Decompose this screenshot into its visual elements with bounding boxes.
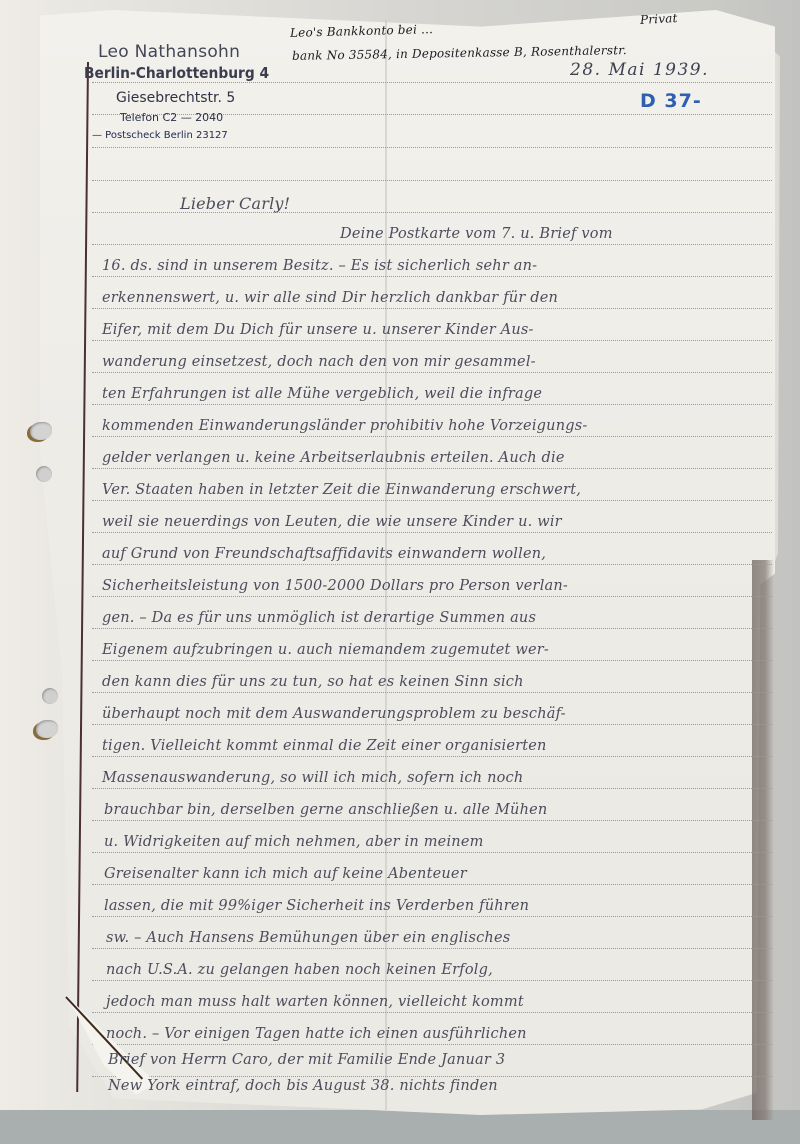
- ruled-line: [92, 180, 772, 181]
- letterhead-phone: Telefon C2 — 2040: [120, 112, 223, 123]
- body-line: Deine Postkarte vom 7. u. Brief vom: [340, 226, 613, 242]
- body-line: den kann dies für uns zu tun, so hat es …: [102, 674, 524, 690]
- ruled-line: [92, 404, 772, 405]
- letterhead-city: Berlin-Charlottenburg 4: [84, 66, 269, 81]
- body-line: nach U.S.A. zu gelangen haben noch keine…: [106, 962, 493, 978]
- ruled-line: [92, 724, 772, 725]
- ruled-line: [92, 308, 772, 309]
- body-line: Greisenalter kann ich mich auf keine Abe…: [104, 866, 467, 882]
- punch-hole: [42, 688, 58, 704]
- ruled-line: [92, 884, 772, 885]
- ruled-line: [92, 244, 772, 245]
- ruled-line: [92, 916, 772, 917]
- body-line: Brief von Herrn Caro, der mit Familie En…: [108, 1052, 505, 1068]
- ruled-line: [92, 436, 772, 437]
- ruled-line: [92, 340, 772, 341]
- salutation: Lieber Carly!: [180, 194, 290, 213]
- body-line: wanderung einsetzest, doch nach den von …: [102, 354, 536, 370]
- body-line: gelder verlangen u. keine Arbeitserlaubn…: [102, 450, 565, 466]
- body-line: u. Widrigkeiten auf mich nehmen, aber in…: [104, 834, 484, 850]
- body-line: Eigenem aufzubringen u. auch niemandem z…: [102, 642, 549, 658]
- body-line: New York eintraf, doch bis August 38. ni…: [108, 1078, 498, 1094]
- ruled-line: [92, 692, 772, 693]
- body-line: weil sie neuerdings von Leuten, die wie …: [102, 514, 562, 530]
- body-line: erkennenswert, u. wir alle sind Dir herz…: [102, 290, 558, 306]
- ruled-line: [92, 948, 772, 949]
- body-line: Massenauswanderung, so will ich mich, so…: [102, 770, 523, 786]
- ruled-line: [92, 1012, 772, 1013]
- body-line: gen. – Da es für uns unmöglich ist derar…: [102, 610, 536, 626]
- ruled-line: [92, 468, 772, 469]
- ruled-line: [92, 756, 772, 757]
- ruled-line: [92, 500, 772, 501]
- body-line: Eifer, mit dem Du Dich für unsere u. uns…: [102, 322, 534, 338]
- body-line: auf Grund von Freundschaftsaffidavits ei…: [102, 546, 546, 562]
- ruled-line: [92, 276, 772, 277]
- ruled-line: [92, 1076, 772, 1077]
- ruled-line: [92, 980, 772, 981]
- letterhead-postscheck: — Postscheck Berlin 23127: [92, 131, 228, 141]
- ruled-line: [92, 564, 772, 565]
- ruled-line: [92, 820, 772, 821]
- background-bottom-strip: [0, 1110, 800, 1144]
- body-line: lassen, die mit 99%iger Sicherheit ins V…: [104, 898, 529, 914]
- body-line: ten Erfahrungen ist alle Mühe vergeblich…: [102, 386, 542, 402]
- ruled-line: [92, 628, 772, 629]
- ruled-line: [92, 660, 772, 661]
- body-line: tigen. Vielleicht kommt einmal die Zeit …: [102, 738, 547, 754]
- ruled-line: [92, 82, 772, 83]
- body-line: Sicherheitsleistung von 1500-2000 Dollar…: [102, 578, 568, 594]
- archive-mark: D 37-: [640, 90, 702, 112]
- letter-date: 28. Mai 1939.: [570, 60, 709, 80]
- bank-annotation-right: Privat: [640, 11, 678, 27]
- body-line: noch. – Vor einigen Tagen hatte ich eine…: [106, 1026, 527, 1042]
- ruled-line: [92, 596, 772, 597]
- punch-hole-torn: [30, 422, 52, 440]
- ruled-line: [92, 372, 772, 373]
- ruled-line: [92, 532, 772, 533]
- ruled-line: [92, 788, 772, 789]
- letter-sheet: [40, 10, 775, 1115]
- letterhead-name: Leo Nathansohn: [98, 44, 240, 61]
- body-line: überhaupt noch mit dem Auswanderungsprob…: [102, 706, 566, 722]
- punch-hole-torn: [36, 720, 58, 738]
- letterhead-street: Giesebrechtstr. 5: [116, 91, 235, 105]
- body-line: 16. ds. sind in unserem Besitz. – Es ist…: [102, 258, 537, 274]
- ruled-line: [92, 147, 772, 148]
- body-line: jedoch man muss halt warten können, viel…: [106, 994, 524, 1010]
- body-line: Ver. Staaten haben in letzter Zeit die E…: [102, 482, 581, 498]
- sheet-shadow: [752, 560, 774, 1120]
- ruled-line: [92, 852, 772, 853]
- paper-fold-line: [385, 20, 387, 1110]
- ruled-line: [92, 1044, 772, 1045]
- body-line: brauchbar bin, derselben gerne anschließ…: [104, 802, 547, 818]
- body-line: sw. – Auch Hansens Bemühungen über ein e…: [106, 930, 510, 946]
- punch-hole: [36, 466, 52, 482]
- body-line: kommenden Einwanderungsländer prohibitiv…: [102, 418, 587, 434]
